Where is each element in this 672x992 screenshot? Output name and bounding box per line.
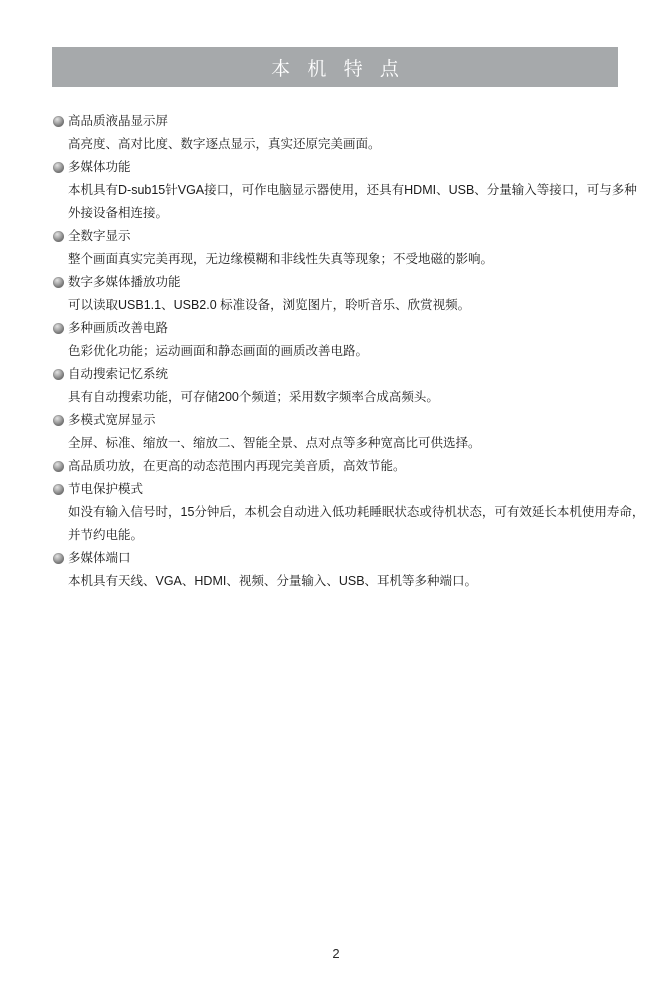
bullet-sphere-icon bbox=[53, 369, 64, 380]
section-banner: 本 机 特 点 bbox=[52, 47, 618, 87]
feature-item: 多媒体功能 本机具有D-sub15针VGA接口，可作电脑显示器使用，还具有HDM… bbox=[53, 156, 625, 225]
section-title: 本 机 特 点 bbox=[265, 54, 405, 81]
feature-heading: 高品质功放，在更高的动态范围内再现完美音质，高效节能。 bbox=[53, 455, 625, 478]
feature-item: 高品质功放，在更高的动态范围内再现完美音质，高效节能。 bbox=[53, 455, 625, 478]
feature-text-line: 本机具有D-sub15针VGA接口，可作电脑显示器使用，还具有HDMI、USB、… bbox=[53, 179, 625, 202]
bullet-sphere-icon bbox=[53, 162, 64, 173]
feature-text-line: 本机具有天线、VGA、HDMI、视频、分量输入、USB、耳机等多种端口。 bbox=[53, 570, 625, 593]
feature-text-line: 可以读取USB1.1、USB2.0 标准设备，浏览图片，聆听音乐、欣赏视频。 bbox=[53, 294, 625, 317]
feature-title: 数字多媒体播放功能 bbox=[68, 271, 181, 294]
bullet-sphere-icon bbox=[53, 461, 64, 472]
feature-title: 多媒体功能 bbox=[68, 156, 131, 179]
feature-heading: 多模式宽屏显示 bbox=[53, 409, 625, 432]
feature-title: 全数字显示 bbox=[68, 225, 131, 248]
feature-heading: 多种画质改善电路 bbox=[53, 317, 625, 340]
feature-heading: 数字多媒体播放功能 bbox=[53, 271, 625, 294]
bullet-sphere-icon bbox=[53, 277, 64, 288]
feature-item: 数字多媒体播放功能 可以读取USB1.1、USB2.0 标准设备，浏览图片，聆听… bbox=[53, 271, 625, 317]
feature-title: 自动搜索记忆系统 bbox=[68, 363, 168, 386]
feature-title: 多模式宽屏显示 bbox=[68, 409, 156, 432]
feature-heading: 高品质液晶显示屏 bbox=[53, 110, 625, 133]
feature-text-line: 整个画面真实完美再现，无边缘模糊和非线性失真等现象；不受地磁的影响。 bbox=[53, 248, 625, 271]
feature-text-line: 高亮度、高对比度、数字逐点显示，真实还原完美画面。 bbox=[53, 133, 625, 156]
feature-title: 节电保护模式 bbox=[68, 478, 143, 501]
manual-page: 本 机 特 点 高品质液晶显示屏 高亮度、高对比度、数字逐点显示，真实还原完美画… bbox=[0, 0, 672, 992]
bullet-sphere-icon bbox=[53, 231, 64, 242]
feature-title: 高品质液晶显示屏 bbox=[68, 110, 168, 133]
feature-item: 多模式宽屏显示 全屏、标准、缩放一、缩放二、智能全景、点对点等多种宽高比可供选择… bbox=[53, 409, 625, 455]
feature-heading: 全数字显示 bbox=[53, 225, 625, 248]
feature-heading: 自动搜索记忆系统 bbox=[53, 363, 625, 386]
feature-title: 多种画质改善电路 bbox=[68, 317, 168, 340]
feature-text-line: 并节约电能。 bbox=[53, 524, 625, 547]
feature-heading: 节电保护模式 bbox=[53, 478, 625, 501]
feature-item: 全数字显示 整个画面真实完美再现，无边缘模糊和非线性失真等现象；不受地磁的影响。 bbox=[53, 225, 625, 271]
bullet-sphere-icon bbox=[53, 553, 64, 564]
feature-text-line: 外接设备相连接。 bbox=[53, 202, 625, 225]
feature-text-line: 如没有输入信号时，15分钟后，本机会自动进入低功耗睡眠状态或待机状态，可有效延长… bbox=[53, 501, 625, 524]
bullet-sphere-icon bbox=[53, 484, 64, 495]
feature-text-line: 色彩优化功能；运动画面和静态画面的画质改善电路。 bbox=[53, 340, 625, 363]
feature-list: 高品质液晶显示屏 高亮度、高对比度、数字逐点显示，真实还原完美画面。 多媒体功能… bbox=[53, 110, 625, 593]
feature-item: 高品质液晶显示屏 高亮度、高对比度、数字逐点显示，真实还原完美画面。 bbox=[53, 110, 625, 156]
bullet-sphere-icon bbox=[53, 116, 64, 127]
feature-item: 自动搜索记忆系统 具有自动搜索功能，可存储200个频道；采用数字频率合成高频头。 bbox=[53, 363, 625, 409]
bullet-sphere-icon bbox=[53, 415, 64, 426]
feature-item: 多媒体端口 本机具有天线、VGA、HDMI、视频、分量输入、USB、耳机等多种端… bbox=[53, 547, 625, 593]
feature-title: 高品质功放，在更高的动态范围内再现完美音质，高效节能。 bbox=[68, 455, 406, 478]
feature-title: 多媒体端口 bbox=[68, 547, 131, 570]
feature-text-line: 具有自动搜索功能，可存储200个频道；采用数字频率合成高频头。 bbox=[53, 386, 625, 409]
feature-heading: 多媒体功能 bbox=[53, 156, 625, 179]
page-number: 2 bbox=[0, 946, 672, 961]
feature-item: 多种画质改善电路 色彩优化功能；运动画面和静态画面的画质改善电路。 bbox=[53, 317, 625, 363]
bullet-sphere-icon bbox=[53, 323, 64, 334]
feature-heading: 多媒体端口 bbox=[53, 547, 625, 570]
feature-item: 节电保护模式 如没有输入信号时，15分钟后，本机会自动进入低功耗睡眠状态或待机状… bbox=[53, 478, 625, 547]
feature-text-line: 全屏、标准、缩放一、缩放二、智能全景、点对点等多种宽高比可供选择。 bbox=[53, 432, 625, 455]
